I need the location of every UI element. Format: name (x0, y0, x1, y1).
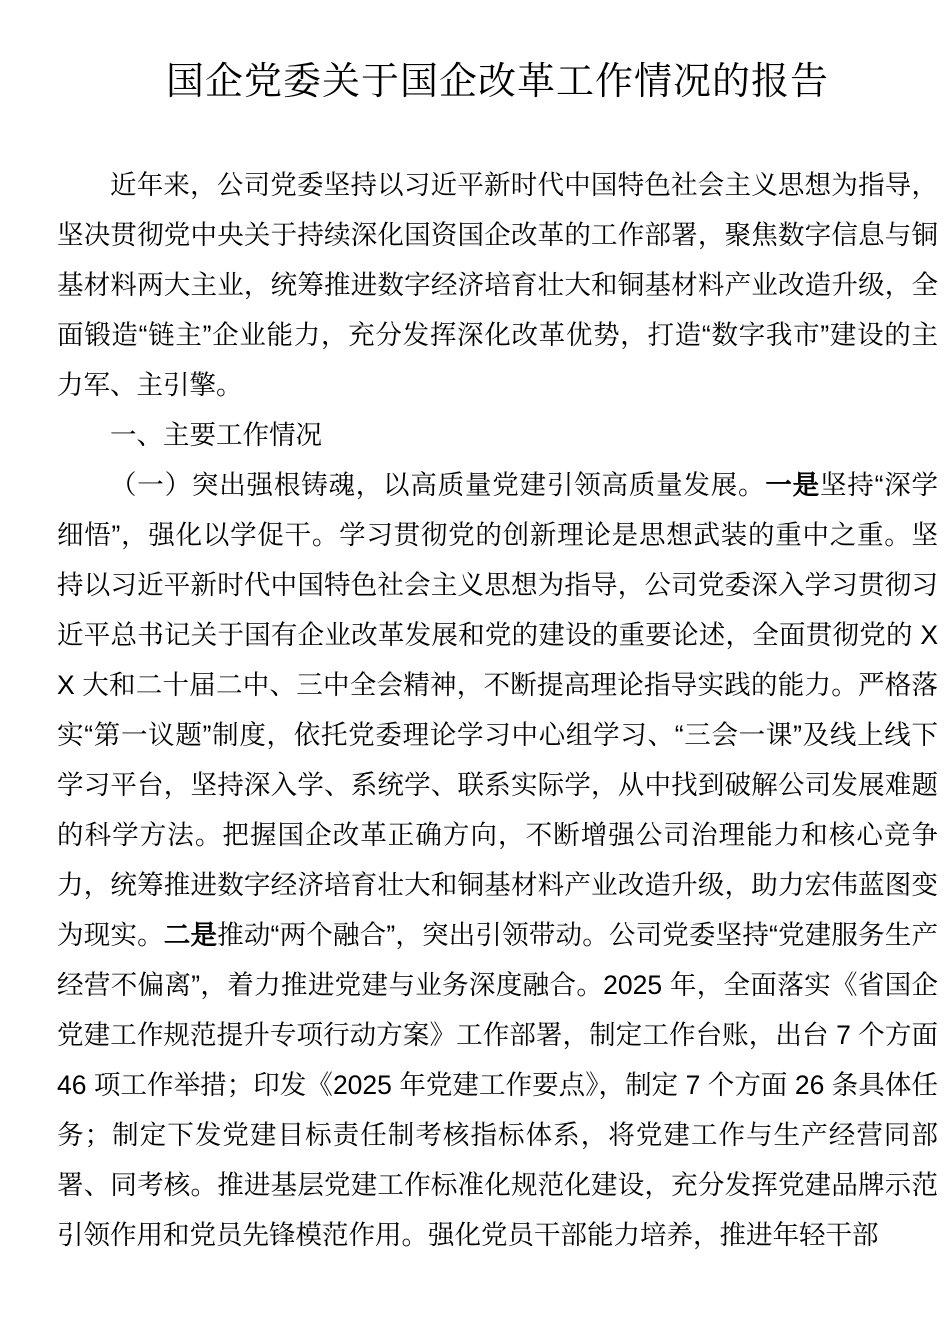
text-run: 坚持“深学细悟”，强化以学促干。学习贯彻党的创新理论是思想武装的重中之重。坚持以… (57, 470, 938, 950)
intro-paragraph: 近年来，公司党委坚持以习近平新时代中国特色社会主义思想为指导，坚决贯彻党中央关于… (57, 160, 938, 410)
document-page: 国企党委关于国企改革工作情况的报告 近年来，公司党委坚持以习近平新时代中国特色社… (0, 0, 950, 1344)
section-1-1-paragraph: （一）突出强根铸魂，以高质量党建引领高质量发展。一是坚持“深学细悟”，强化以学促… (57, 460, 938, 1260)
text-run: 推动“两个融合”，突出引领带动。公司党委坚持“党建服务生产经营不偏离”，着力推进… (57, 920, 938, 1250)
document-title: 国企党委关于国企改革工作情况的报告 (57, 56, 938, 108)
section-1-heading: 一、主要工作情况 (57, 410, 938, 460)
text-run: （一）突出强根铸魂，以高质量党建引领高质量发展。 (110, 470, 765, 500)
document-body: 近年来，公司党委坚持以习近平新时代中国特色社会主义思想为指导，坚决贯彻党中央关于… (57, 160, 938, 1260)
bold-run: 二是 (164, 920, 217, 950)
text-run: 一、主要工作情况 (110, 420, 322, 450)
text-run: 近年来，公司党委坚持以习近平新时代中国特色社会主义思想为指导，坚决贯彻党中央关于… (57, 170, 938, 400)
bold-run: 一是 (765, 470, 820, 500)
